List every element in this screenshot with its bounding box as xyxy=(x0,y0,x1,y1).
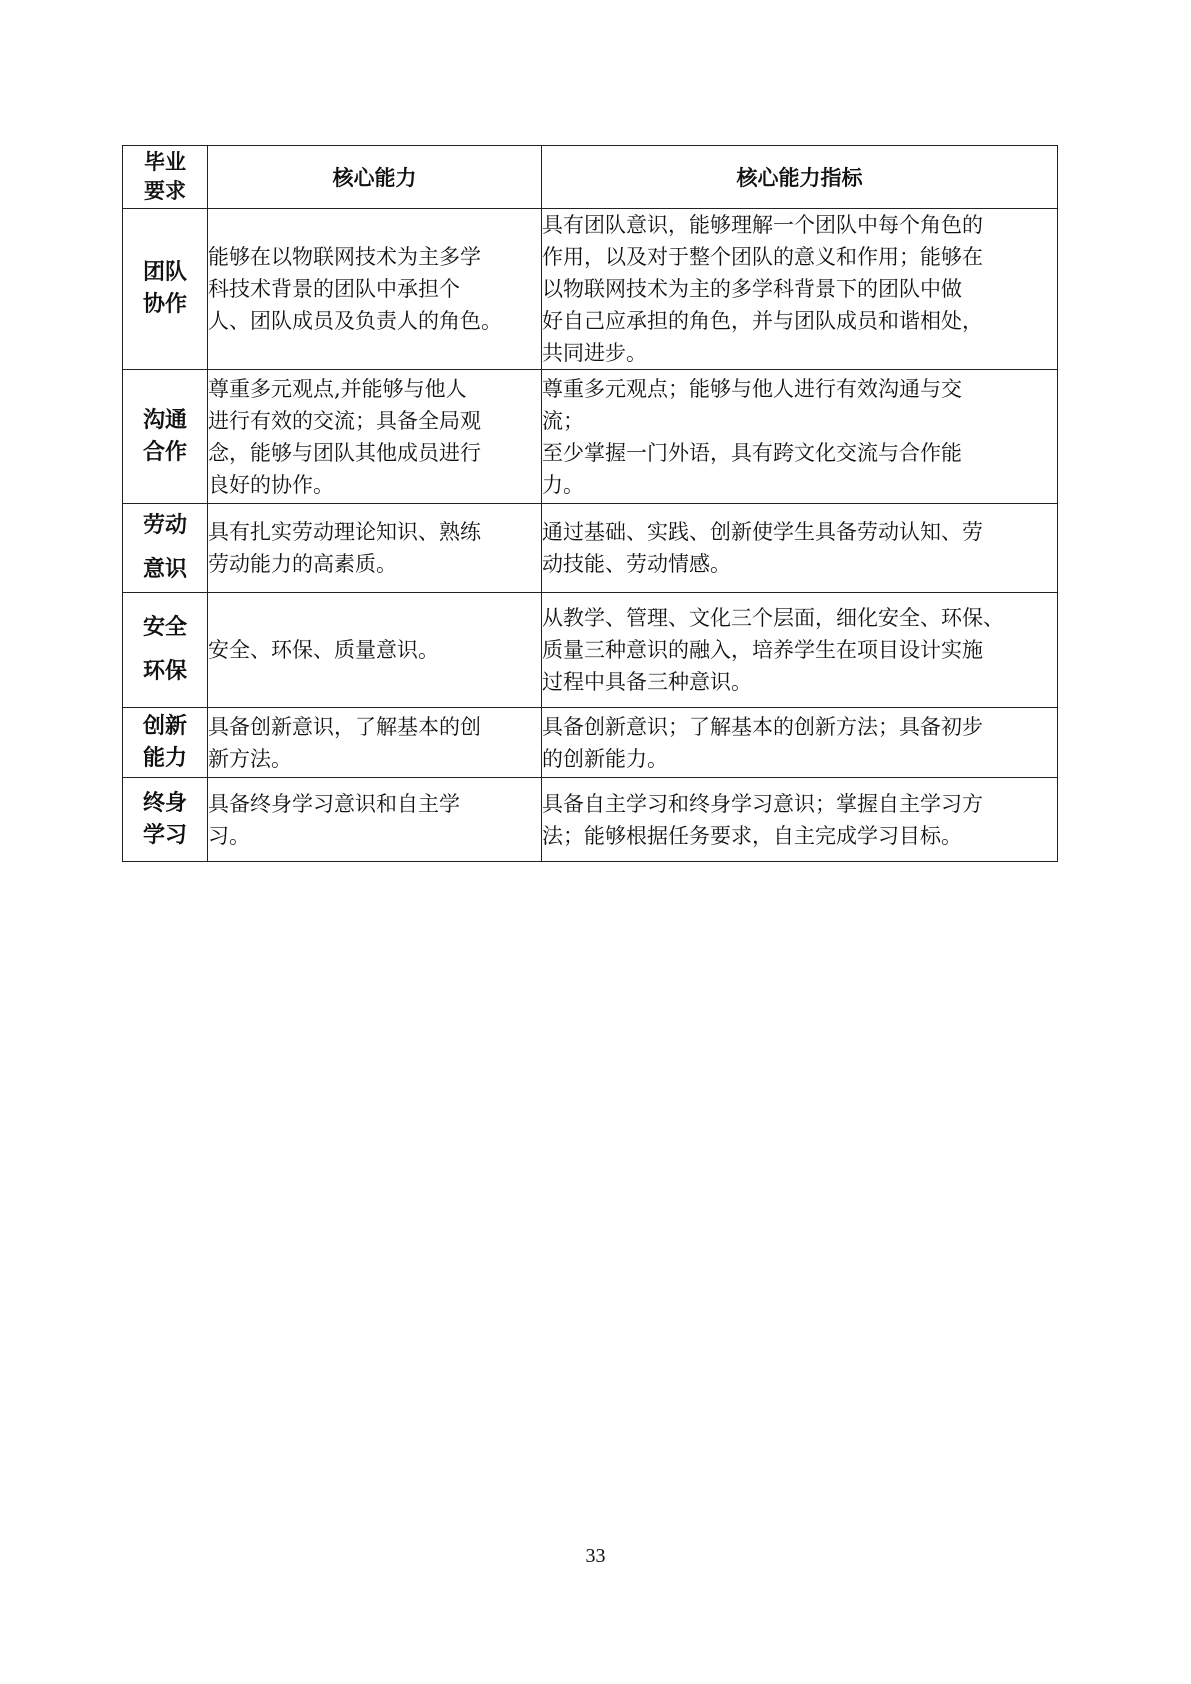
table-row: 劳动 意识 具有扎实劳动理论知识、熟练 劳动能力的高素质。 通过基础、实践、创新… xyxy=(123,504,1058,593)
ability-cell: 尊重多元观点,并能够与他人 进行有效的交流；具备全局观 念，能够与团队其他成员进… xyxy=(208,370,542,504)
indicator-cell: 具备自主学习和终身学习意识；掌握自主学习方 法；能够根据任务要求，自主完成学习目… xyxy=(542,778,1058,862)
ability-cell: 具有扎实劳动理论知识、熟练 劳动能力的高素质。 xyxy=(208,504,542,593)
ability-cell: 安全、环保、质量意识。 xyxy=(208,593,542,708)
ability-cell: 具备创新意识，了解基本的创 新方法。 xyxy=(208,708,542,778)
indicator-cell: 尊重多元观点；能够与他人进行有效沟通与交 流； 至少掌握一门外语，具有跨文化交流… xyxy=(542,370,1058,504)
indicator-cell: 具有团队意识，能够理解一个团队中每个角色的 作用，以及对于整个团队的意义和作用；… xyxy=(542,209,1058,370)
table-row: 安全 环保 安全、环保、质量意识。 从教学、管理、文化三个层面，细化安全、环保、… xyxy=(123,593,1058,708)
table-header-row: 毕业 要求 核心能力 核心能力指标 xyxy=(123,146,1058,209)
table-row: 沟通 合作 尊重多元观点,并能够与他人 进行有效的交流；具备全局观 念，能够与团… xyxy=(123,370,1058,504)
ability-cell: 能够在以物联网技术为主多学 科技术背景的团队中承担个 人、团队成员及负责人的角色… xyxy=(208,209,542,370)
requirement-cell: 创新 能力 xyxy=(123,708,208,778)
requirement-cell: 终身 学习 xyxy=(123,778,208,862)
page-number: 33 xyxy=(0,1545,1191,1568)
requirement-cell: 团队 协作 xyxy=(123,209,208,370)
document-page: 毕业 要求 核心能力 核心能力指标 团队 协作 能够在以物联网技术为主多学 科技… xyxy=(0,0,1191,1684)
table-row: 终身 学习 具备终身学习意识和自主学 习。 具备自主学习和终身学习意识；掌握自主… xyxy=(123,778,1058,862)
indicator-cell: 具备创新意识；了解基本的创新方法；具备初步 的创新能力。 xyxy=(542,708,1058,778)
table-row: 创新 能力 具备创新意识，了解基本的创 新方法。 具备创新意识；了解基本的创新方… xyxy=(123,708,1058,778)
header-core-ability: 核心能力 xyxy=(208,146,542,209)
indicator-cell: 通过基础、实践、创新使学生具备劳动认知、劳 动技能、劳动情感。 xyxy=(542,504,1058,593)
header-requirement: 毕业 要求 xyxy=(123,146,208,209)
graduation-requirements-table: 毕业 要求 核心能力 核心能力指标 团队 协作 能够在以物联网技术为主多学 科技… xyxy=(122,145,1058,862)
requirement-cell: 劳动 意识 xyxy=(123,504,208,593)
indicator-cell: 从教学、管理、文化三个层面，细化安全、环保、 质量三种意识的融入，培养学生在项目… xyxy=(542,593,1058,708)
header-core-ability-indicator: 核心能力指标 xyxy=(542,146,1058,209)
table-row: 团队 协作 能够在以物联网技术为主多学 科技术背景的团队中承担个 人、团队成员及… xyxy=(123,209,1058,370)
ability-cell: 具备终身学习意识和自主学 习。 xyxy=(208,778,542,862)
requirement-cell: 安全 环保 xyxy=(123,593,208,708)
requirement-cell: 沟通 合作 xyxy=(123,370,208,504)
